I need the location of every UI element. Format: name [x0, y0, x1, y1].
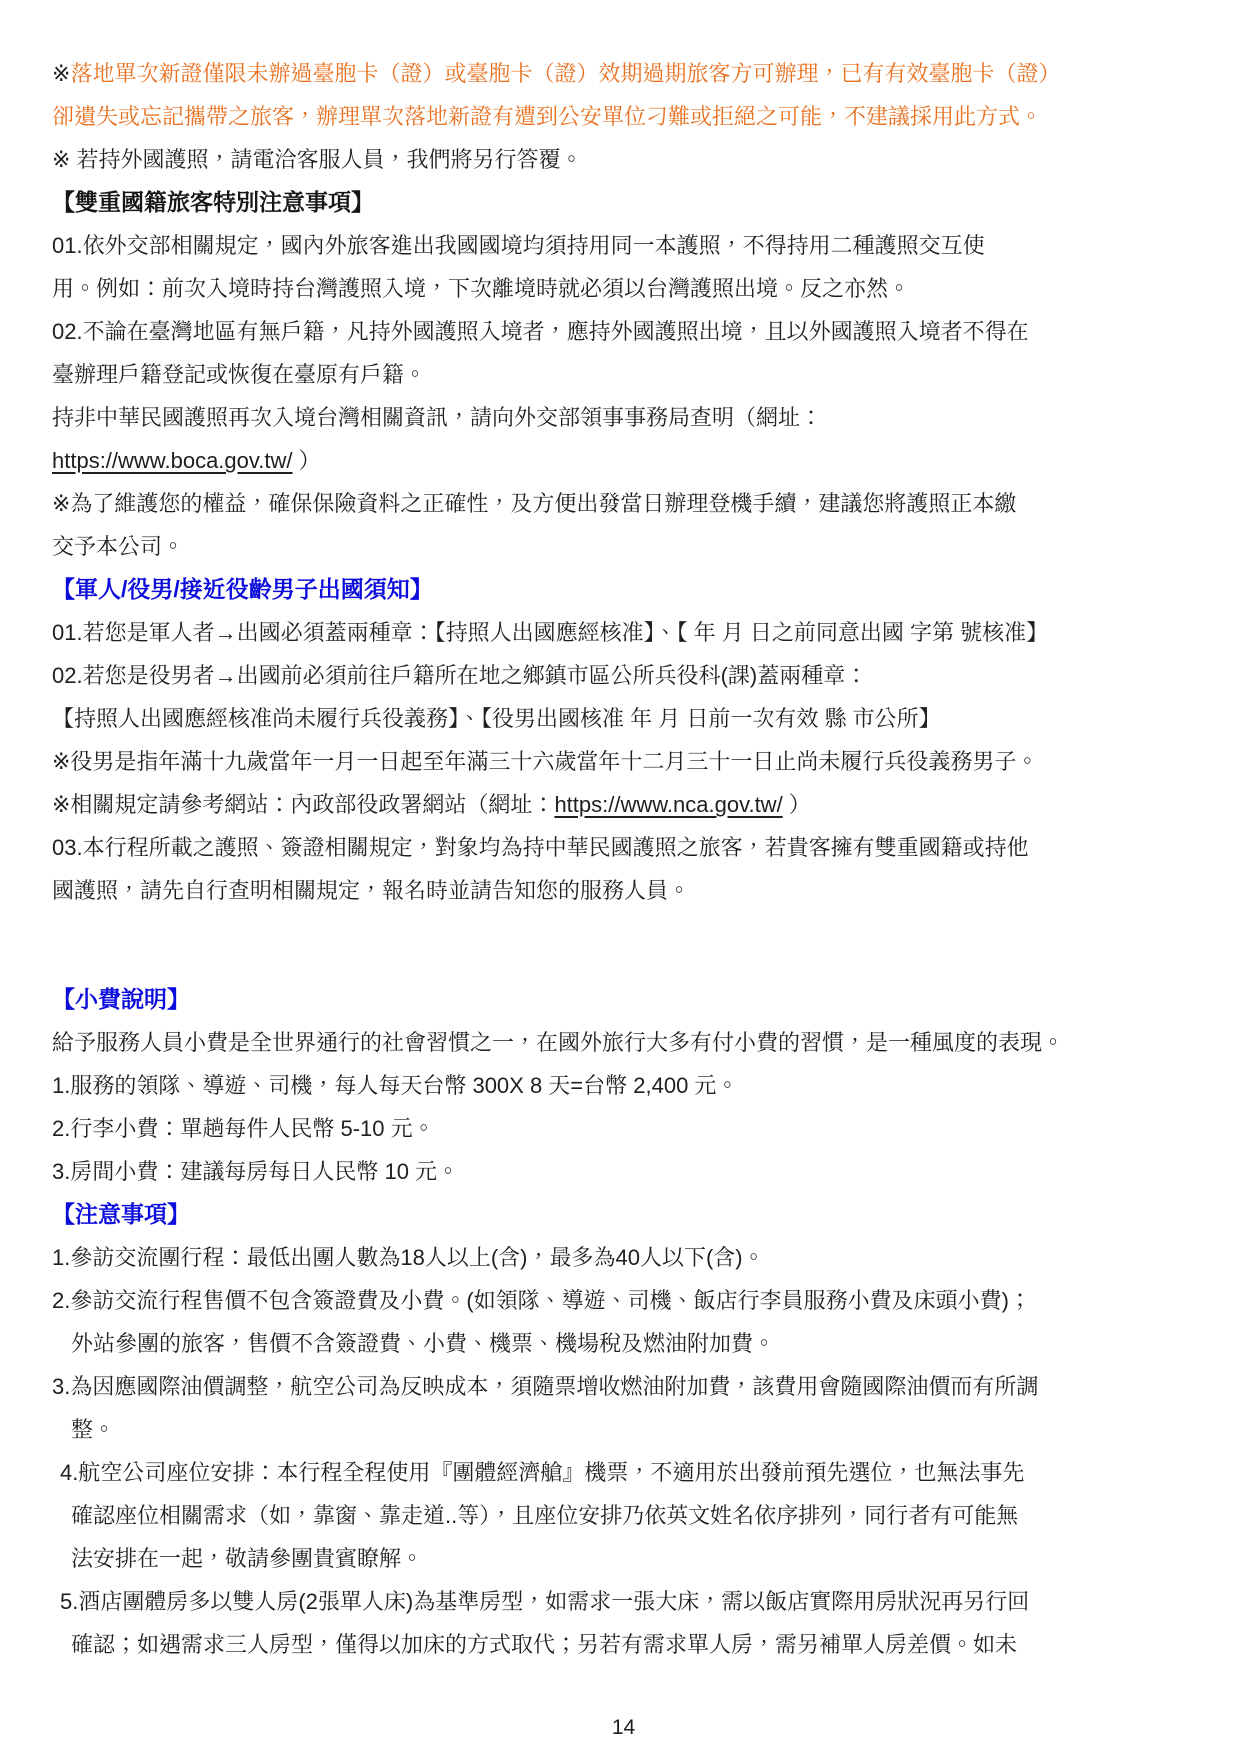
text-run: 2.行李小費：單趟每件人民幣 5-10 元。 — [52, 1116, 435, 1141]
tips-item-3: 3.房間小費：建議每房每日人民幣 10 元。 — [52, 1150, 1195, 1193]
text-run: ※役男是指年滿十九歲當年一月一日起至年滿三十六歲當年十二月三十一日止尚未履行兵役… — [52, 749, 1038, 774]
text-run: ※相關規定請參考網站：內政部役政署網站（網址： — [52, 792, 554, 817]
text-run: 確認；如遇需求三人房型，僅得以加床的方式取代；另若有需求單人房，需另補單人房差價… — [71, 1632, 1017, 1657]
url-link[interactable]: https://www.boca.gov.tw/ — [52, 448, 292, 473]
precaution-item-4-line-1: 4.航空公司座位安排：本行程全程使用『團體經濟艙』機票，不適用於出發前預先選位，… — [52, 1451, 1195, 1494]
precaution-item-1: 1.參訪交流團行程：最低出團人數為18人以上(含)，最多為40人以下(含)。 — [52, 1236, 1195, 1279]
orange-notice-line-1: ※落地單次新證僅限未辦過臺胞卡（證）或臺胞卡（證）效期過期旅客方可辦理，已有有效… — [52, 52, 1195, 95]
text-run: 1.服務的領隊、導遊、司機，每人每天台幣 300X 8 天=台幣 2,400 元… — [52, 1073, 738, 1098]
text-run: 外站參團的旅客，售價不含簽證費、小費、機票、機場稅及燃油附加費。 — [71, 1331, 775, 1356]
tips-item-2: 2.行李小費：單趟每件人民幣 5-10 元。 — [52, 1107, 1195, 1150]
heading-military: 【軍人/役男/接近役齡男子出國須知】 — [52, 568, 1195, 611]
text-run: 卻遺失或忘記攜帶之旅客，辦理單次落地新證有遭到公安單位刁難或拒絕之可能，不建議採… — [52, 104, 1042, 129]
document-page: ※落地單次新證僅限未辦過臺胞卡（證）或臺胞卡（證）效期過期旅客方可辦理，已有有效… — [0, 0, 1241, 1755]
text-run: 01.依外交部相關規定，國內外旅客進出我國國境均須持用同一本護照，不得持用二種護… — [52, 233, 985, 258]
url-link[interactable]: https://www.nca.gov.tw/ — [554, 792, 782, 817]
dual-nationality-item-02-line-1: 02.不論在臺灣地區有無戶籍，凡持外國護照入境者，應持外國護照出境，且以外國護照… — [52, 310, 1195, 353]
text-run: 【小費說明】 — [52, 986, 190, 1012]
precaution-item-3-line-2: 整。 — [52, 1408, 1195, 1451]
text-run: ※ 若持外國護照，請電洽客服人員，我們將另行答覆。 — [52, 147, 583, 172]
text-run: 【軍人/役男/接近役齡男子出國須知】 — [52, 576, 433, 602]
text-run: 給予服務人員小費是全世界通行的社會習慣之一，在國外旅行大多有付小費的習慣，是一種… — [52, 1030, 1064, 1055]
precaution-item-2-line-1: 2.參訪交流行程售價不包含簽證費及小費。(如領隊、導遊、司機、飯店行李員服務小費… — [52, 1279, 1195, 1322]
military-item-03-line-2: 國護照，請先自行查明相關規定，報名時並請告知您的服務人員。 — [52, 869, 1195, 912]
text-run: 交予本公司。 — [52, 534, 184, 559]
military-item-02-line-2: 【持照人出國應經核准尚未履行兵役義務】、【役男出國核准 年 月 日前一次有效 縣… — [52, 697, 1195, 740]
text-run: 4.航空公司座位安排：本行程全程使用『團體經濟艙』機票，不適用於出發前預先選位，… — [60, 1460, 1024, 1485]
tips-intro: 給予服務人員小費是全世界通行的社會習慣之一，在國外旅行大多有付小費的習慣，是一種… — [52, 1021, 1195, 1064]
boca-info-line: 持非中華民國護照再次入境台灣相關資訊，請向外交部領事事務局查明（網址： — [52, 396, 1195, 439]
heading-tips: 【小費說明】 — [52, 978, 1195, 1021]
text-run: 3.房間小費：建議每房每日人民幣 10 元。 — [52, 1159, 459, 1184]
draftee-definition-note: ※役男是指年滿十九歲當年一月一日起至年滿三十六歲當年十二月三十一日止尚未履行兵役… — [52, 740, 1195, 783]
dual-nationality-item-02-line-2: 臺辦理戶籍登記或恢復在臺原有戶籍。 — [52, 353, 1195, 396]
text-run: ※ — [52, 61, 70, 86]
text-run: 02.若您是役男者→出國前必須前往戶籍所在地之鄉鎮市區公所兵役科(課)蓋兩種章： — [52, 663, 867, 688]
dual-nationality-item-01-line-2: 用。例如：前次入境時持台灣護照入境，下次離境時就必須以台灣護照出境。反之亦然。 — [52, 267, 1195, 310]
document-body: ※落地單次新證僅限未辦過臺胞卡（證）或臺胞卡（證）效期過期旅客方可辦理，已有有效… — [52, 52, 1195, 1666]
heading-dual-nationality: 【雙重國籍旅客特別注意事項】 — [52, 181, 1195, 224]
section-gap — [52, 912, 1195, 978]
text-run: 【注意事項】 — [52, 1201, 190, 1227]
military-item-02-line-1: 02.若您是役男者→出國前必須前往戶籍所在地之鄉鎮市區公所兵役科(課)蓋兩種章： — [52, 654, 1195, 697]
text-run: 確認座位相關需求（如，靠窗、靠走道..等），且座位安排乃依英文姓名依序排列，同行… — [71, 1503, 1018, 1528]
text-run: 1.參訪交流團行程：最低出團人數為18人以上(含)，最多為40人以下(含)。 — [52, 1245, 765, 1270]
text-run: 02.不論在臺灣地區有無戶籍，凡持外國護照入境者，應持外國護照出境，且以外國護照… — [52, 319, 1029, 344]
text-run: 03.本行程所載之護照、簽證相關規定，對象均為持中華民國護照之旅客，若貴客擁有雙… — [52, 835, 1029, 860]
heading-precautions: 【注意事項】 — [52, 1193, 1195, 1236]
boca-url-line: https://www.boca.gov.tw/ ） — [52, 439, 1195, 482]
text-run: 落地單次新證僅限未辦過臺胞卡（證）或臺胞卡（證）效期過期旅客方可辦理，已有有效臺… — [70, 61, 1060, 86]
text-run: 法安排在一起，敬請參團貴賓瞭解。 — [71, 1546, 423, 1571]
precaution-item-2-line-2: 外站參團的旅客，售價不含簽證費、小費、機票、機場稅及燃油附加費。 — [52, 1322, 1195, 1365]
text-run: 整。 — [71, 1417, 115, 1442]
precaution-item-4-line-3: 法安排在一起，敬請參團貴賓瞭解。 — [52, 1537, 1195, 1580]
precaution-item-4-line-2: 確認座位相關需求（如，靠窗、靠走道..等），且座位安排乃依英文姓名依序排列，同行… — [52, 1494, 1195, 1537]
text-run: 用。例如：前次入境時持台灣護照入境，下次離境時就必須以台灣護照出境。反之亦然。 — [52, 276, 910, 301]
page-number: 14 — [52, 1706, 1195, 1749]
dual-nationality-item-01-line-1: 01.依外交部相關規定，國內外旅客進出我國國境均須持用同一本護照，不得持用二種護… — [52, 224, 1195, 267]
text-run: ） — [783, 792, 811, 817]
passport-original-note-line-1: ※為了維護您的權益，確保保險資料之正確性，及方便出發當日辦理登機手續，建議您將護… — [52, 482, 1195, 525]
orange-notice-line-2: 卻遺失或忘記攜帶之旅客，辦理單次落地新證有遭到公安單位刁難或拒絕之可能，不建議採… — [52, 95, 1195, 138]
text-run: ） — [292, 448, 320, 473]
passport-original-note-line-2: 交予本公司。 — [52, 525, 1195, 568]
precaution-item-5-line-2: 確認；如遇需求三人房型，僅得以加床的方式取代；另若有需求單人房，需另補單人房差價… — [52, 1623, 1195, 1666]
text-run: 【雙重國籍旅客特別注意事項】 — [52, 189, 374, 215]
nca-url-line: ※相關規定請參考網站：內政部役政署網站（網址：https://www.nca.g… — [52, 783, 1195, 826]
military-item-01: 01.若您是軍人者→出國必須蓋兩種章：【持照人出國應經核准】、【 年 月 日之前… — [52, 611, 1195, 654]
text-run: 國護照，請先自行查明相關規定，報名時並請告知您的服務人員。 — [52, 878, 690, 903]
text-run: 5.酒店團體房多以雙人房(2張單人床)為基準房型，如需求一張大床，需以飯店實際用… — [60, 1589, 1029, 1614]
text-run: 【持照人出國應經核准尚未履行兵役義務】、【役男出國核准 年 月 日前一次有效 縣… — [52, 706, 941, 731]
text-run: 2.參訪交流行程售價不包含簽證費及小費。(如領隊、導遊、司機、飯店行李員服務小費… — [52, 1288, 1031, 1313]
text-run: 3.為因應國際油價調整，航空公司為反映成本，須隨票增收燃油附加費，該費用會隨國際… — [52, 1374, 1038, 1399]
foreign-passport-note: ※ 若持外國護照，請電洽客服人員，我們將另行答覆。 — [52, 138, 1195, 181]
text-run: 持非中華民國護照再次入境台灣相關資訊，請向外交部領事事務局查明（網址： — [52, 405, 822, 430]
military-item-03-line-1: 03.本行程所載之護照、簽證相關規定，對象均為持中華民國護照之旅客，若貴客擁有雙… — [52, 826, 1195, 869]
text-run: 01.若您是軍人者→出國必須蓋兩種章：【持照人出國應經核准】、【 年 月 日之前… — [52, 620, 1048, 645]
precaution-item-5-line-1: 5.酒店團體房多以雙人房(2張單人床)為基準房型，如需求一張大床，需以飯店實際用… — [52, 1580, 1195, 1623]
precaution-item-3-line-1: 3.為因應國際油價調整，航空公司為反映成本，須隨票增收燃油附加費，該費用會隨國際… — [52, 1365, 1195, 1408]
text-run: 臺辦理戶籍登記或恢復在臺原有戶籍。 — [52, 362, 426, 387]
text-run: ※為了維護您的權益，確保保險資料之正確性，及方便出發當日辦理登機手續，建議您將護… — [52, 491, 1016, 516]
tips-item-1: 1.服務的領隊、導遊、司機，每人每天台幣 300X 8 天=台幣 2,400 元… — [52, 1064, 1195, 1107]
